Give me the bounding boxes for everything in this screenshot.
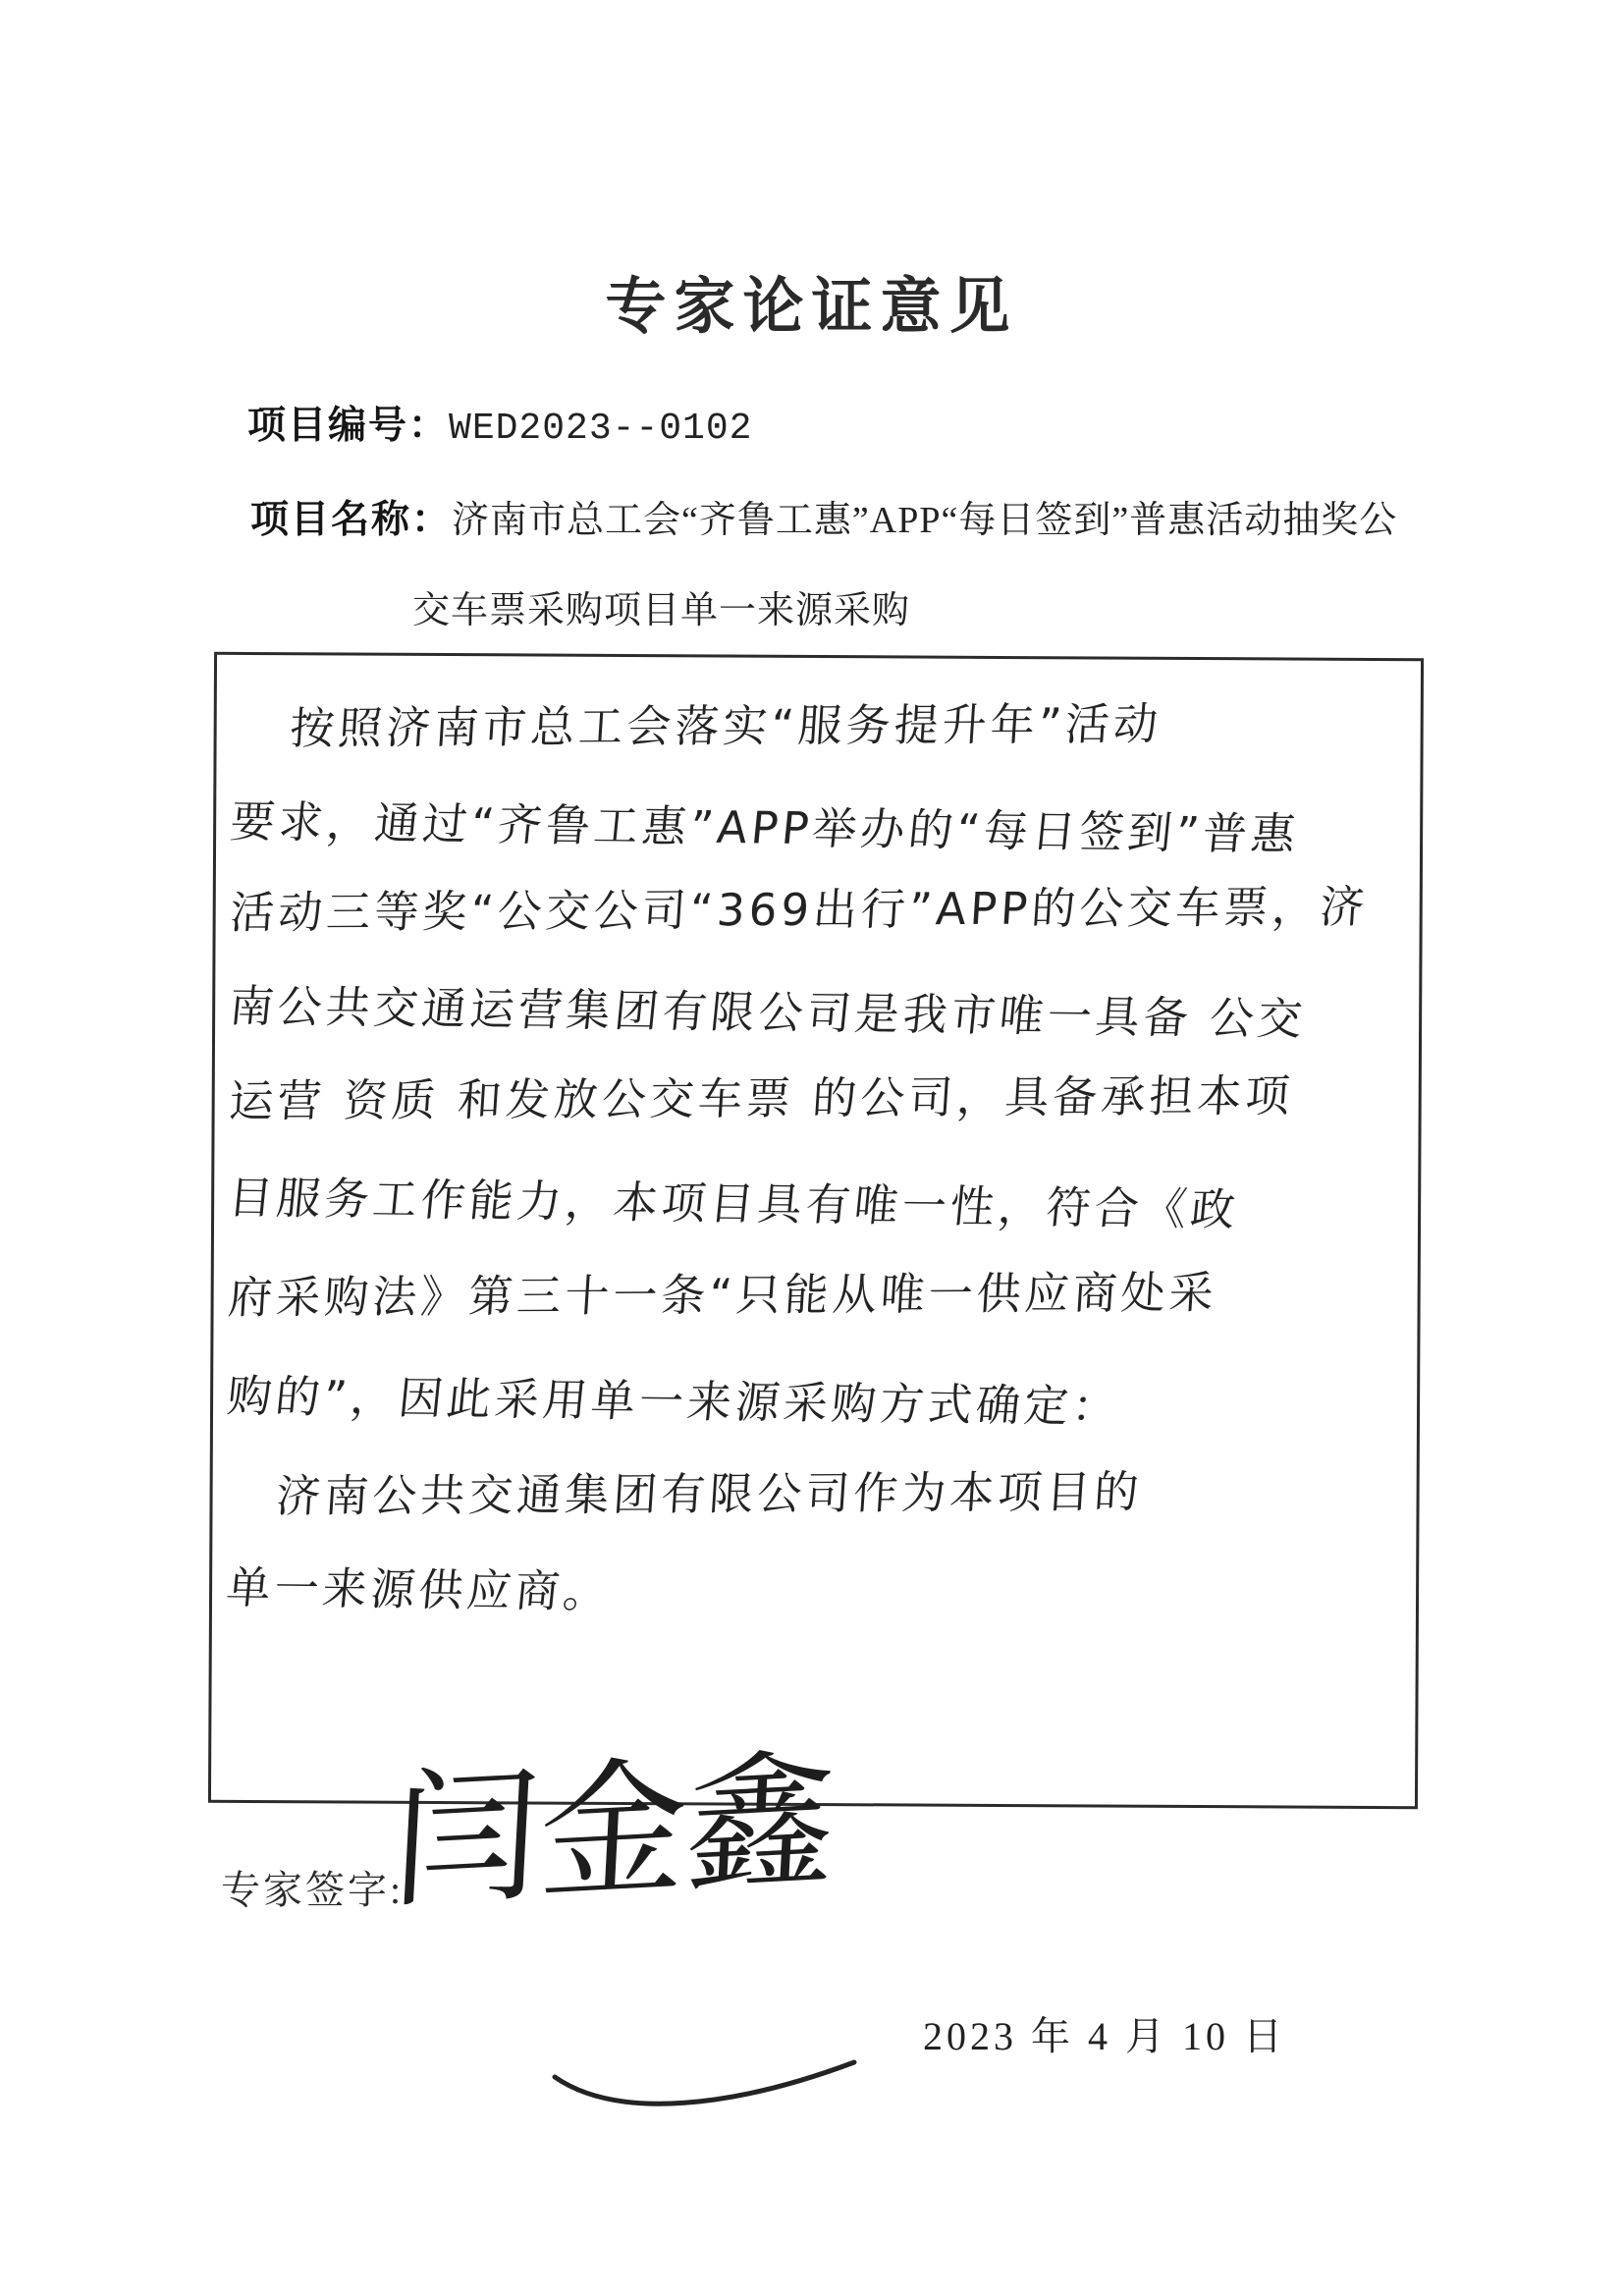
project-name-line2: 交车票采购项目单一来源采购 [412, 579, 910, 633]
opinion-line: 活动三等奖“公交公司“369出行”APP的公交车票，济 [229, 871, 1371, 941]
opinion-line: 单一来源供应商。 [224, 1552, 615, 1620]
opinion-line: 运营 资质 和发放公交车票 的公司，具备承担本项 [228, 1060, 1296, 1129]
project-name-label: 项目名称： [250, 489, 452, 544]
opinion-line: 南公共交通运营集团有限公司是我市唯一具备 公交 [227, 970, 1310, 1047]
project-number-label: 项目编号： [247, 395, 449, 450]
project-number-row: 项目编号： WED2023--0102 [247, 395, 752, 450]
document-page: 专家论证意见 项目编号： WED2023--0102 项目名称： 济南市总工会“… [0, 0, 1623, 2296]
project-name-row: 项目名称： 济南市总工会“齐鲁工惠”APP“每日签到”普惠活动抽奖公 [250, 489, 1397, 544]
expert-signature: 闫金鑫 [389, 1739, 839, 1925]
signature-label: 专家签字: [221, 1859, 404, 1915]
opinion-line: 府采购法》第三十一条“只能从唯一供应商处采 [227, 1257, 1220, 1326]
project-number-value: WED2023--0102 [449, 408, 752, 450]
opinion-line: 要求，通过“齐鲁工惠”APP举办的“每日签到”普惠 [228, 786, 1303, 862]
opinion-line: 目服务工作能力，本项目具有唯一性，符合《政 [226, 1162, 1242, 1237]
page-title: 专家论证意见 [0, 257, 1623, 345]
document-date: 2023 年 4 月 10 日 [923, 2005, 1286, 2061]
opinion-line: 购的”，因此采用单一来源采购方式确定： [225, 1360, 1124, 1435]
opinion-box: 按照济南市总工会落实“服务提升年”活动 要求，通过“齐鲁工惠”APP举办的“每日… [208, 652, 1424, 1809]
opinion-line: 济南公共交通集团有限公司作为本项目的 [274, 1455, 1144, 1524]
opinion-line: 按照济南市总工会落实“服务提升年”活动 [289, 688, 1164, 757]
signature-flourish-stroke [550, 2043, 864, 2131]
project-name-line1: 济南市总工会“齐鲁工惠”APP“每日签到”普惠活动抽奖公 [452, 489, 1397, 543]
